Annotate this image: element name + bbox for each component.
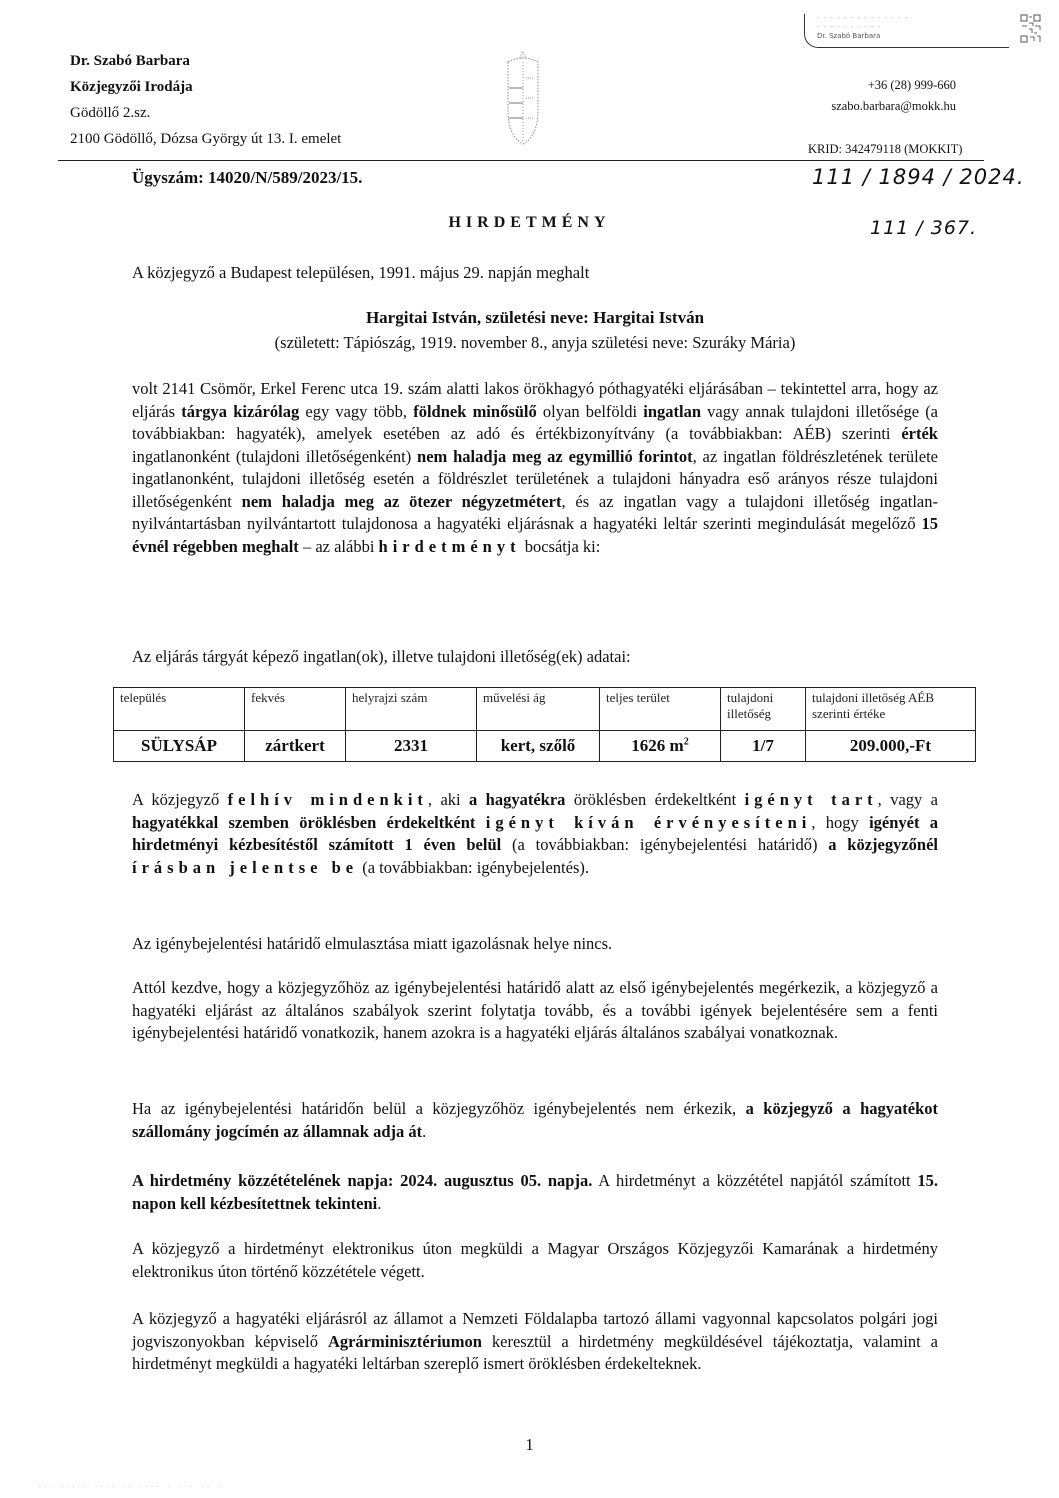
property-table: település fekvés helyrajzi szám művelési… [113, 687, 976, 762]
cell-hrsz: 2331 [346, 731, 477, 762]
text: olyan belföldi [537, 402, 643, 421]
bold-text: hagyatékkal szemben öröklésben érdekeltk… [132, 813, 475, 832]
footer-scan-artifact: ... ..... .... .. .... . . . .. . [38, 1482, 223, 1489]
bold-text: nem haladja meg az ötezer négyzetmétert [242, 492, 562, 511]
office-name: Dr. Szabó Barbara [70, 48, 341, 74]
email-address: szabo.barbara@mokk.hu [831, 96, 956, 117]
text: öröklésben érdekeltként [565, 790, 744, 809]
text: A közjegyző [132, 790, 228, 809]
contact-info: +36 (28) 999-660 szabo.barbara@mokk.hu [831, 75, 956, 117]
bold-text: érték [901, 424, 938, 443]
paragraph-ministry-notice: A közjegyző a hagyatéki eljárásról az ál… [132, 1308, 938, 1376]
deceased-name-line: Hargitai István, születési neve: Hargita… [366, 308, 704, 327]
text: , vagy a [878, 790, 938, 809]
spaced-bold-text: igényt kíván érvényesíteni [486, 813, 812, 832]
column-header: teljes terület [600, 688, 721, 731]
text: egy vagy több, [299, 402, 413, 421]
area-unit-exponent: 2 [684, 736, 689, 747]
header-divider [58, 160, 984, 161]
text [475, 813, 485, 832]
paragraph-call-for-claims: A közjegyző felhív mindenkit, aki a hagy… [132, 789, 938, 879]
bold-text: a közjegyzőnél [828, 835, 938, 854]
column-header: település [114, 688, 245, 731]
cell-terulet: 1626 m2 [600, 731, 721, 762]
spaced-bold-text: igényt tart [745, 790, 878, 809]
paragraph-state-transfer: Ha az igénybejelentési határidőn belül a… [132, 1098, 938, 1143]
phone-number: +36 (28) 999-660 [831, 75, 956, 96]
text: bocsátja ki: [521, 537, 601, 556]
qr-code-icon [1020, 14, 1042, 44]
table-row: SÜLYSÁP zártkert 2331 kert, szőlő 1626 m… [114, 731, 976, 762]
deceased-birth-info: (született: Tápiószág, 1919. november 8.… [132, 332, 938, 355]
bold-text: nem haladja meg az egymillió forintot [417, 447, 693, 466]
cell-ertek: 209.000,-Ft [806, 731, 976, 762]
krid-identifier: KRID: 342479118 (MOKKIT) [808, 142, 962, 157]
spaced-bold-text: felhív mindenkit [228, 790, 428, 809]
bold-text: tárgya kizárólag [181, 402, 299, 421]
case-number: Ügyszám: 14020/N/589/2023/15. [132, 168, 362, 188]
text: Ha az igénybejelentési határidőn belül a… [132, 1099, 746, 1118]
bold-text: ingatlan [643, 402, 701, 421]
paragraph-no-excuse: Az igénybejelentési határidő elmulasztás… [132, 933, 938, 956]
text: , hogy [811, 813, 869, 832]
column-header: tulajdoni illetőség AÉB szerinti értéke [806, 688, 976, 731]
table-intro: Az eljárás tárgyát képező ingatlan(ok), … [132, 646, 938, 669]
document-title: HIRDETMÉNY [0, 214, 1059, 232]
page-number: 1 [0, 1435, 1059, 1455]
stamp-line: - - - - - - - - - - - - - - [817, 14, 1009, 23]
cell-telepules: SÜLYSÁP [114, 731, 245, 762]
office-address: 2100 Gödöllő, Dózsa György út 13. I. eme… [70, 126, 341, 152]
paragraph-publication-date: A hirdetmény közzétételének napja: 2024.… [132, 1170, 938, 1215]
table-header-row: település fekvés helyrajzi szám művelési… [114, 688, 976, 731]
text: ingatlanonként (tulajdoni illetőségenkén… [132, 447, 417, 466]
stamp-signer: Dr. Szabó Barbara [817, 32, 1009, 41]
column-header: tulajdoni illetőség [721, 688, 806, 731]
column-header: fekvés [245, 688, 346, 731]
text: . [377, 1194, 381, 1213]
electronic-signature-stamp: - - - - - - - - - - - - - - - - - - - - … [804, 14, 1009, 48]
bold-text: A hirdetmény közzétételének napja: 2024.… [132, 1171, 592, 1190]
bold-text: földnek minősülő [413, 402, 537, 421]
handwritten-registry-number: 111 / 1894 / 2024. [812, 165, 1025, 189]
column-header: helyrajzi szám [346, 688, 477, 731]
stamp-line: - - - - - - - - - - [817, 23, 1009, 32]
text: , aki [428, 790, 469, 809]
text: (a továbbiakban: igénybejelentés). [358, 858, 589, 877]
bold-text: a hagyatékra [469, 790, 565, 809]
cell-illetoseg: 1/7 [721, 731, 806, 762]
paragraph-procedure: volt 2141 Csömör, Erkel Ferenc utca 19. … [132, 378, 938, 558]
text: – az alábbi [299, 537, 379, 556]
spaced-bold-text: hirdetményt [379, 537, 521, 556]
column-header: művelési ág [477, 688, 600, 731]
text: A hirdetményt a közzététel napjától szám… [592, 1171, 917, 1190]
office-seat: Gödöllő 2.sz. [70, 100, 341, 126]
bold-text: Agrárminisztériumon [328, 1332, 482, 1351]
area-value: 1626 m [631, 736, 683, 755]
deceased-name: Hargitai István, születési neve: Hargita… [132, 307, 938, 330]
cell-muvelesi-ag: kert, szőlő [477, 731, 600, 762]
text: (a továbbiakban: igénybejelentési határi… [501, 835, 828, 854]
paragraph-chamber-notice: A közjegyző a hirdetményt elektronikus ú… [132, 1238, 938, 1283]
office-header: Dr. Szabó Barbara Közjegyzői Irodája Göd… [70, 48, 341, 152]
coat-of-arms-icon [500, 48, 546, 148]
intro-text: A közjegyző a Budapest településen, 1991… [132, 262, 938, 285]
paragraph-general-rules: Attól kezdve, hogy a közjegyzőhöz az igé… [132, 977, 938, 1045]
cell-fekves: zártkert [245, 731, 346, 762]
text: . [422, 1122, 426, 1141]
spaced-bold-text: írásban jelentse be [132, 858, 358, 877]
office-title: Közjegyzői Irodája [70, 74, 341, 100]
